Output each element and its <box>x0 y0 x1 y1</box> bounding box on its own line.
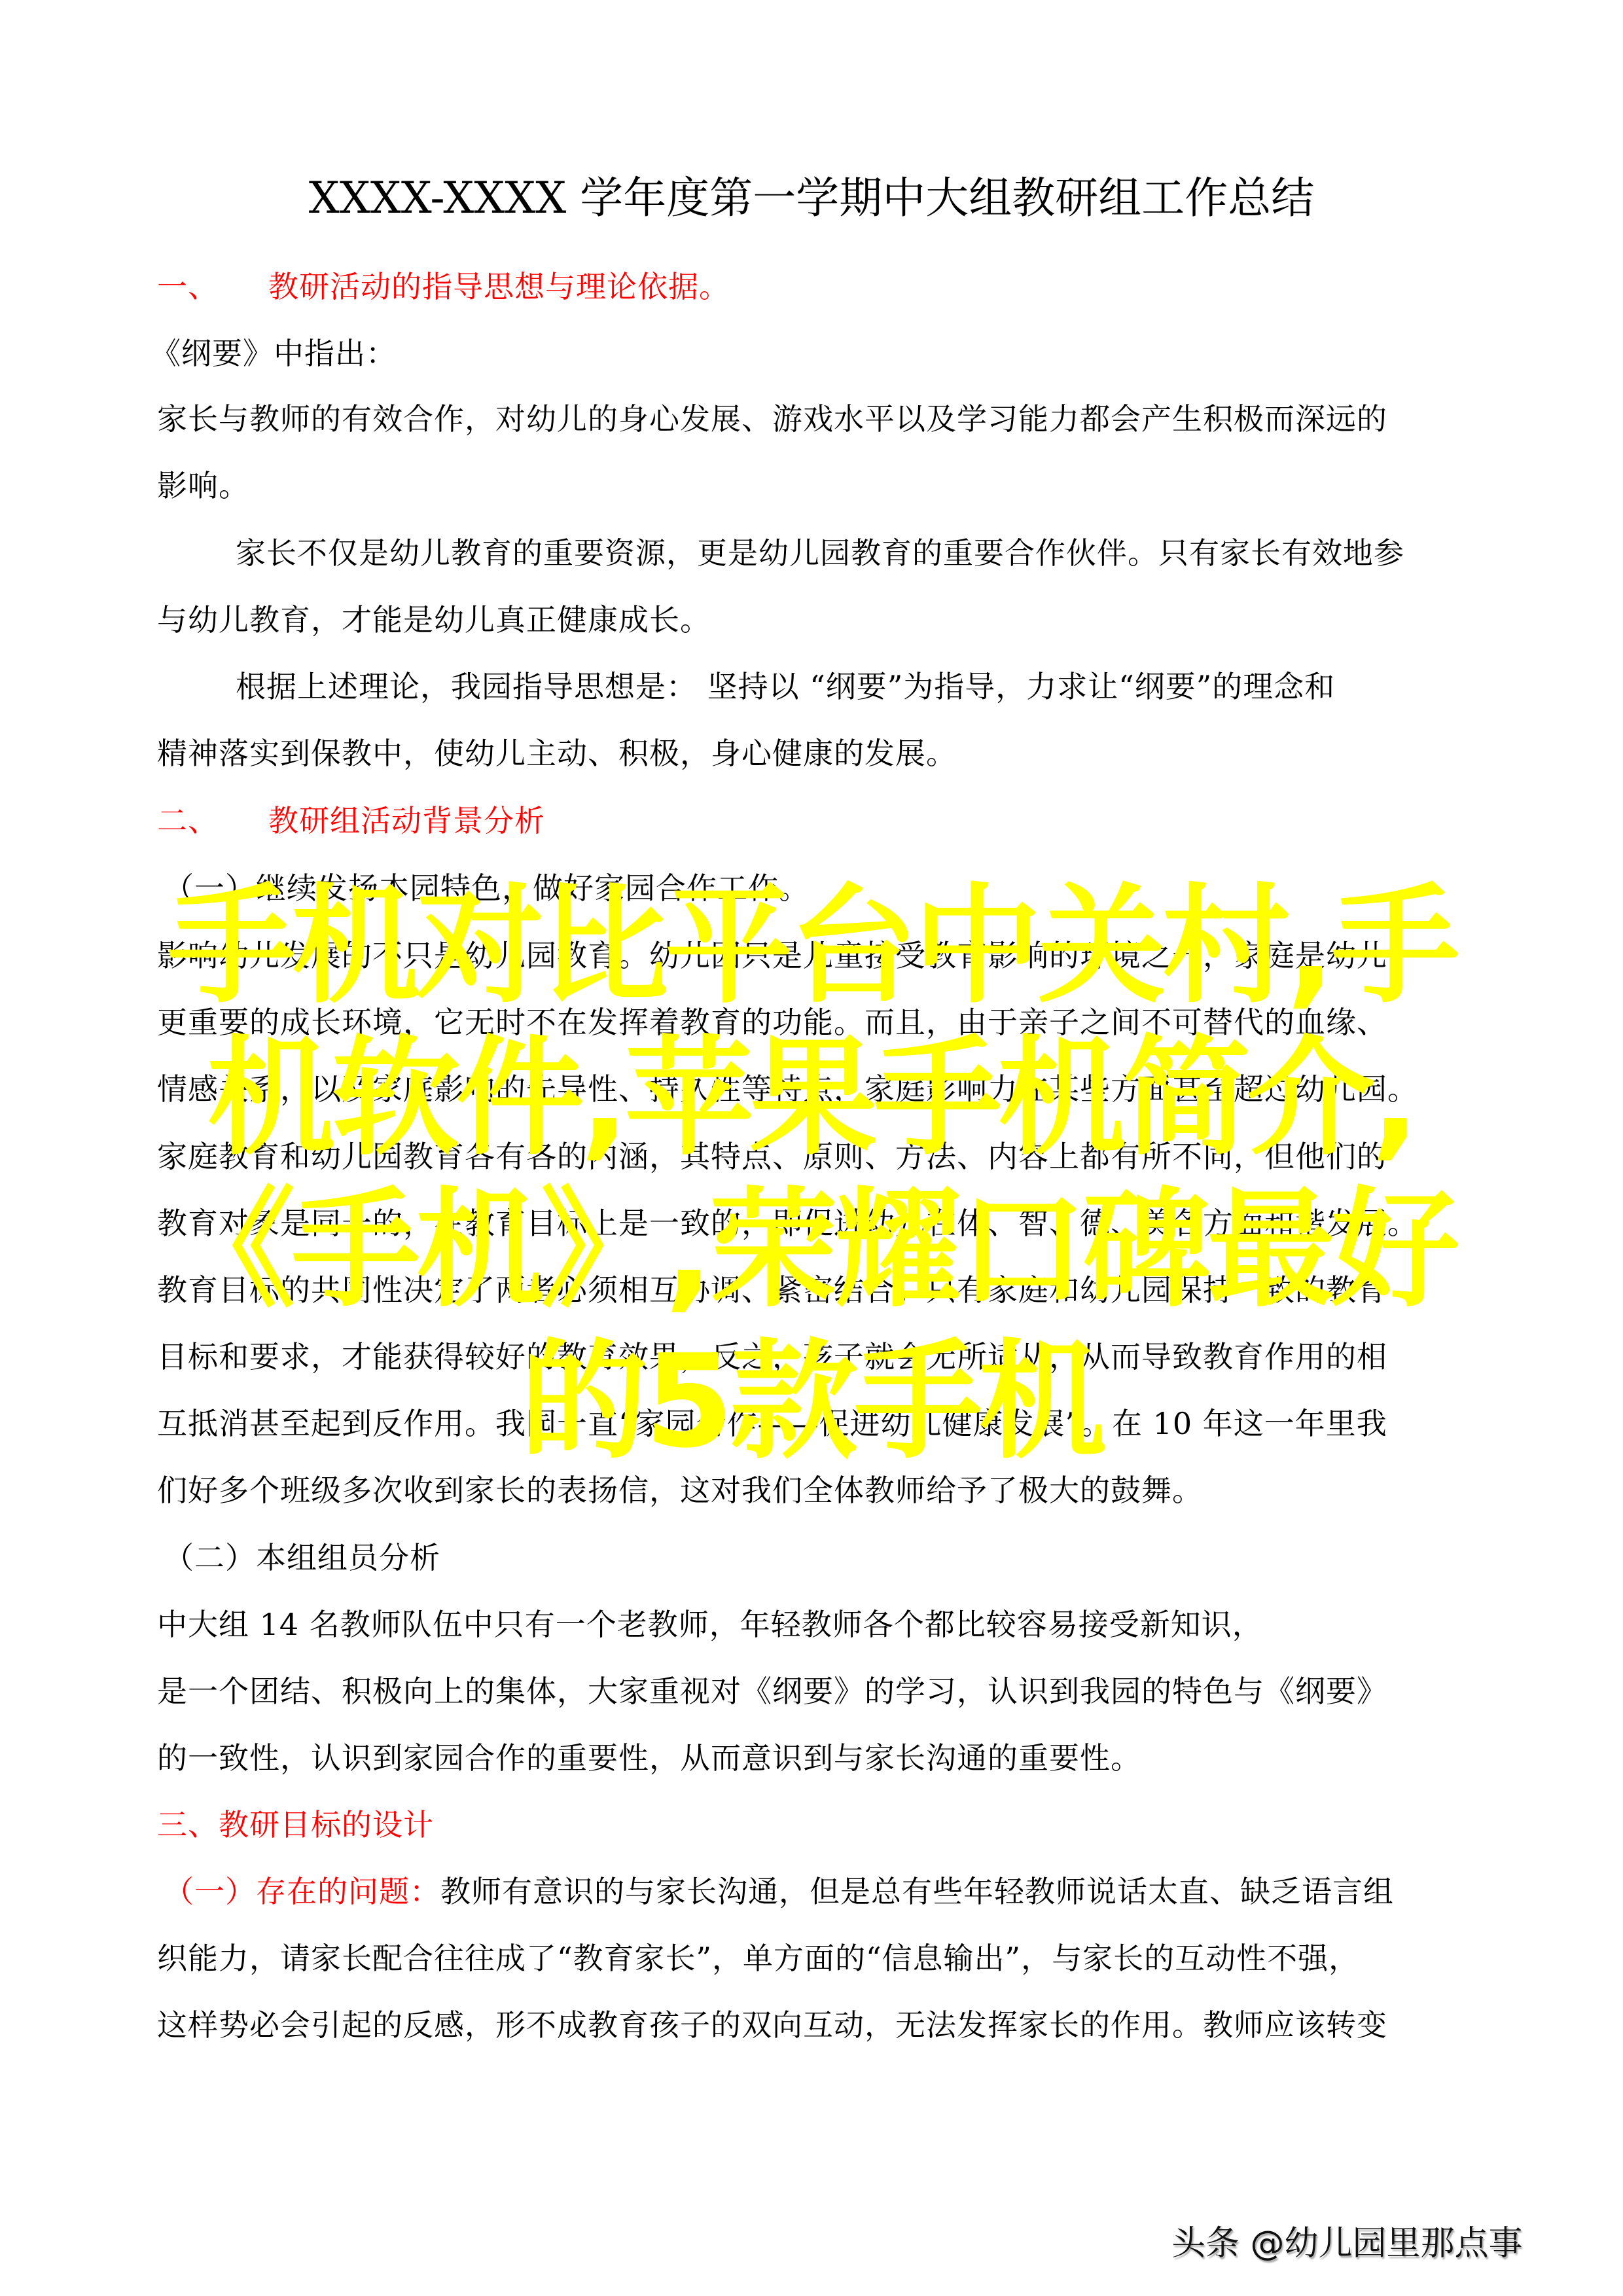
section-heading-2: 二、教研组活动背景分析 <box>157 801 545 840</box>
overlay-caption: 手机对比平台中关村,手 机软件,苹果手机简介, 《手机》,荣耀口碑最好 的5款手… <box>0 870 1623 1478</box>
paragraph-line: 精神落实到保教中，使幼儿主动、积极，身心健康的发展。 <box>157 734 957 773</box>
paragraph-line: 是一个团结、积极向上的集体，大家重视对《纲要》的学习，认识到我园的特色与《纲要》 <box>157 1672 1387 1711</box>
section-heading-text: 教研活动的指导思想与理论依据。 <box>268 269 730 304</box>
paragraph-line: 《纲要》中指出： <box>151 334 397 373</box>
section-number: 二、 <box>157 801 268 840</box>
problem-label: （一）存在的问题： <box>164 1874 440 1909</box>
overlay-line: 的5款手机 <box>0 1326 1623 1478</box>
section-number: 三、 <box>157 1807 219 1842</box>
section-heading-text: 教研目标的设计 <box>219 1807 434 1842</box>
document-title: XXXX-XXXX 学年度第一学期中大组教研组工作总结 <box>0 169 1623 228</box>
subsection-heading: （二）本组组员分析 <box>164 1538 440 1577</box>
section-heading-1: 一、教研活动的指导思想与理论依据。 <box>157 267 730 306</box>
overlay-line: 《手机》,荣耀口碑最好 <box>0 1174 1623 1326</box>
paragraph-line: 中大组 14 名教师队伍中只有一个老教师，年轻教师各个都比较容易接受新知识， <box>157 1605 1263 1644</box>
section-heading-3: 三、教研目标的设计 <box>157 1805 434 1844</box>
paragraph-line: 的一致性，认识到家园合作的重要性，从而意识到与家长沟通的重要性。 <box>157 1738 1141 1778</box>
paragraph-line: （一）存在的问题：教师有意识的与家长沟通，但是总有些年轻教师说话太直、缺乏语言组 <box>164 1872 1394 1911</box>
section-number: 一、 <box>157 267 268 306</box>
paragraph-text: 教师有意识的与家长沟通，但是总有些年轻教师说话太直、缺乏语言组 <box>440 1874 1394 1909</box>
paragraph-line: 织能力，请家长配合往往成了“教育家长”，单方面的“信息输出”，与家长的互动性不强… <box>157 1939 1359 1978</box>
watermark: 头条 @幼儿园里那点事 <box>1171 2215 1523 2265</box>
paragraph-line: 影响。 <box>157 466 249 505</box>
paragraph-line: 家长与教师的有效合作，对幼儿的身心发展、游戏水平以及学习能力都会产生积极而深远的 <box>157 399 1387 439</box>
section-heading-text: 教研组活动背景分析 <box>268 803 545 838</box>
paragraph-line: 根据上述理论，我园指导思想是： 坚持以 “纲要”为指导，力求让“纲要”的理念和 <box>236 667 1335 706</box>
paragraph-line: 与幼儿教育，才能是幼儿真正健康成长。 <box>157 600 711 639</box>
overlay-line: 手机对比平台中关村,手 <box>0 870 1623 1022</box>
paragraph-line: 家长不仅是幼儿教育的重要资源，更是幼儿园教育的重要合作伙伴。只有家长有效地参 <box>236 533 1404 573</box>
overlay-line: 机软件,苹果手机简介, <box>0 1022 1623 1174</box>
paragraph-line: 这样势必会引起的反感，形不成教育孩子的双向互动，无法发挥家长的作用。教师应该转变 <box>157 2005 1387 2045</box>
